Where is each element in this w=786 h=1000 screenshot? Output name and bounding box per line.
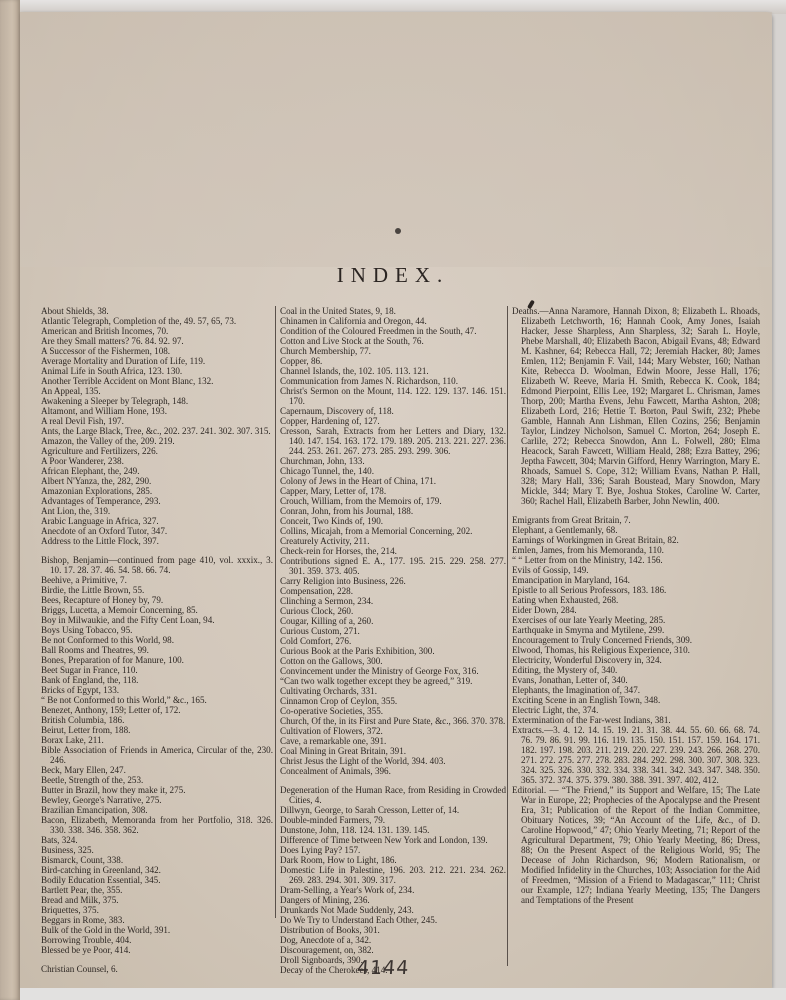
index-entry: Briggs, Lucetta, a Memoir Concerning, 85… — [41, 605, 273, 615]
index-entry: Elephant, a Gentlemanly, 68. — [512, 525, 760, 535]
index-entry: Ant Lion, the, 319. — [41, 506, 273, 516]
index-entry: Dark Room, How to Light, 186. — [280, 855, 506, 865]
index-entry: Altamont, and William Hone, 193. — [41, 406, 273, 416]
index-entry: Dillwyn, George, to Sarah Cresson, Lette… — [280, 805, 506, 815]
index-entry: Discouragement, on, 382. — [280, 945, 506, 955]
index-entry: Another Terrible Accident on Mont Blanc,… — [41, 376, 273, 386]
index-entry: Borax Lake, 211. — [41, 735, 273, 745]
index-entry: Curious Custom, 271. — [280, 626, 506, 636]
index-entry: Agriculture and Fertilizers, 226. — [41, 446, 273, 456]
index-entry: Colony of Jews in the Heart of China, 17… — [280, 476, 506, 486]
index-column-1: About Shields, 38.Atlantic Telegraph, Co… — [41, 306, 273, 974]
index-entry: Elwood, Thomas, his Religious Experience… — [512, 645, 760, 655]
index-entry: Christ Jesus the Light of the World, 394… — [280, 756, 506, 766]
index-entry: Copper, Hardening of, 127. — [280, 416, 506, 426]
index-entry: Blessed be ye Poor, 414. — [41, 945, 273, 955]
index-entry: An Appeal, 135. — [41, 386, 273, 396]
index-entry: Business, 325. — [41, 845, 273, 855]
index-entry: Albert N'Yanza, the, 282, 290. — [41, 476, 273, 486]
index-entry: Bread and Milk, 375. — [41, 895, 273, 905]
index-column-2: Coal in the United States, 9, 18.Chiname… — [275, 306, 506, 918]
index-entry: Convincement under the Ministry of Georg… — [280, 666, 506, 676]
index-entry: Average Mortality and Duration of Life, … — [41, 356, 273, 366]
index-entry: “ “ Letter from on the Ministry, 142. 15… — [512, 555, 760, 565]
index-entry: Dog, Anecdote of a, 342. — [280, 935, 506, 945]
index-entry: Ball Rooms and Theatres, 99. — [41, 645, 273, 655]
index-entry: Coal in the United States, 9, 18. — [280, 306, 506, 316]
index-entry: Cresson, Sarah, Extracts from her Letter… — [280, 426, 506, 456]
index-entry: Exciting Scene in an English Town, 348. — [512, 695, 760, 705]
ink-dot-mark — [395, 228, 401, 234]
index-entry: Ants, the Large Black, Tree, &c., 202. 2… — [41, 426, 273, 436]
index-entry: Bismarck, Count, 338. — [41, 855, 273, 865]
index-entry: Christ's Sermon on the Mount, 114. 122. … — [280, 386, 506, 406]
index-entry: Beet Sugar in France, 110. — [41, 665, 273, 675]
index-entry: Borrowing Trouble, 404. — [41, 935, 273, 945]
index-entry: Dram-Selling, a Year's Work of, 234. — [280, 885, 506, 895]
index-entry: Difference of Time between New York and … — [280, 835, 506, 845]
index-entry: Capper, Mary, Letter of, 178. — [280, 486, 506, 496]
index-entry: Bartlett Pear, the, 355. — [41, 885, 273, 895]
index-entry: Curious Book at the Paris Exhibition, 30… — [280, 646, 506, 656]
index-entry: Beirut, Letter from, 188. — [41, 725, 273, 735]
index-entry: Curious Clock, 260. — [280, 606, 506, 616]
index-entry: Exercises of our late Yearly Meeting, 28… — [512, 615, 760, 625]
index-entry: Arabic Language in Africa, 327. — [41, 516, 273, 526]
index-entry: Amazonian Explorations, 285. — [41, 486, 273, 496]
index-entry: Extermination of the Far-west Indians, 3… — [512, 715, 760, 725]
index-entry: Bodily Education Essential, 345. — [41, 875, 273, 885]
index-entry: Channel Islands, the, 102. 105. 113. 121… — [280, 366, 506, 376]
index-entry: African Elephant, the, 249. — [41, 466, 273, 476]
index-entry: Emancipation in Maryland, 164. — [512, 575, 760, 585]
index-entry: Bones, Preparation of for Manure, 100. — [41, 655, 273, 665]
index-entry: Cultivation of Flowers, 372. — [280, 726, 506, 736]
index-entry: Chicago Tunnel, the, 140. — [280, 466, 506, 476]
index-entry: Cinnamon Crop of Ceylon, 355. — [280, 696, 506, 706]
index-column-3: Deaths.—Anna Naramore, Hannah Dixon, 8; … — [507, 306, 760, 966]
book-spine-edge — [0, 0, 20, 1000]
index-entry: Clinching a Sermon, 234. — [280, 596, 506, 606]
index-entry: Bats, 324. — [41, 835, 273, 845]
index-entry: About Shields, 38. — [41, 306, 273, 316]
index-entry: Encouragement to Truly Concerned Friends… — [512, 635, 760, 645]
page-title: INDEX. — [0, 263, 786, 288]
index-entry: Creaturely Activity, 211. — [280, 536, 506, 546]
index-entry: Beck, Mary Ellen, 247. — [41, 765, 273, 775]
scan-background-bottom — [20, 988, 786, 1000]
index-entry: Cotton and Live Stock at the South, 76. — [280, 336, 506, 346]
index-entry: Address to the Little Flock, 397. — [41, 536, 273, 546]
index-entry: American and British Incomes, 70. — [41, 326, 273, 336]
index-entry: Bulk of the Gold in the World, 391. — [41, 925, 273, 935]
index-entry: Cougar, Killing of a, 260. — [280, 616, 506, 626]
index-entry: Earnings of Workingmen in Great Britain,… — [512, 535, 760, 545]
index-entry: Cave, a remarkable one, 391. — [280, 736, 506, 746]
index-entry: A real Devil Fish, 197. — [41, 416, 273, 426]
index-entry: Conran, John, from his Journal, 188. — [280, 506, 506, 516]
index-entry: Awakening a Sleeper by Telegraph, 148. — [41, 396, 273, 406]
index-entry: Churchman, John, 133. — [280, 456, 506, 466]
index-entry: Check-rein for Horses, the, 214. — [280, 546, 506, 556]
index-entry: Are they Small matters? 76. 84. 92. 97. — [41, 336, 273, 346]
index-entry: Evils of Gossip, 149. — [512, 565, 760, 575]
index-entry: Evans, Jonathan, Letter of, 340. — [512, 675, 760, 685]
index-entry: Chinamen in California and Oregon, 44. — [280, 316, 506, 326]
index-entry: Crouch, William, from the Memoirs of, 17… — [280, 496, 506, 506]
index-entry: Bacon, Elizabeth, Memoranda from her Por… — [41, 815, 273, 835]
index-entry: Copper, 86. — [280, 356, 506, 366]
index-entry: Emigrants from Great Britain, 7. — [512, 515, 760, 525]
index-entry: “ Be not Conformed to this World,” &c., … — [41, 695, 273, 705]
index-entry: Distribution of Books, 301. — [280, 925, 506, 935]
index-entry: Birdie, the Little Brown, 55. — [41, 585, 273, 595]
index-entry: Condition of the Coloured Freedmen in th… — [280, 326, 506, 336]
index-entry: Deaths.—Anna Naramore, Hannah Dixon, 8; … — [512, 306, 760, 506]
index-entry: Cotton on the Gallows, 300. — [280, 656, 506, 666]
index-entry: Eating when Exhausted, 268. — [512, 595, 760, 605]
index-entry: Church, Of the, in its First and Pure St… — [280, 716, 506, 726]
index-entry: Communication from James N. Richardson, … — [280, 376, 506, 386]
index-entry: Cultivating Orchards, 331. — [280, 686, 506, 696]
index-entry: Bible Association of Friends in America,… — [41, 745, 273, 765]
index-entry: Church Membership, 77. — [280, 346, 506, 356]
index-entry: Bank of England, the, 118. — [41, 675, 273, 685]
index-entry: A Successor of the Fishermen, 108. — [41, 346, 273, 356]
index-entry: Compensation, 228. — [280, 586, 506, 596]
index-entry: Brazilian Emancipation, 308. — [41, 805, 273, 815]
index-entry: Epistle to all Serious Professors, 183. … — [512, 585, 760, 595]
index-entry: Bird-catching in Greenland, 342. — [41, 865, 273, 875]
index-entry: Dangers of Mining, 236. — [280, 895, 506, 905]
index-entry: Capernaum, Discovery of, 118. — [280, 406, 506, 416]
index-entry: Electricity, Wonderful Discovery in, 324… — [512, 655, 760, 665]
index-entry: Elephants, the Imagination of, 347. — [512, 685, 760, 695]
index-entry: Anecdote of an Oxford Tutor, 347. — [41, 526, 273, 536]
index-entry: Beehive, a Primitive, 7. — [41, 575, 273, 585]
index-entry: Cold Comfort, 276. — [280, 636, 506, 646]
index-entry: Emlen, James, from his Memoranda, 110. — [512, 545, 760, 555]
index-entry: Degeneration of the Human Race, from Res… — [280, 785, 506, 805]
index-entry: Extracts.—3. 4. 12. 14. 15. 19. 21. 31. … — [512, 725, 760, 785]
index-entry: Atlantic Telegraph, Completion of the, 4… — [41, 316, 273, 326]
index-entry: Bewley, George's Narrative, 275. — [41, 795, 273, 805]
index-entry: Bricks of Egypt, 133. — [41, 685, 273, 695]
index-entry: Be not Conformed to this World, 98. — [41, 635, 273, 645]
index-entry: Carry Religion into Business, 226. — [280, 576, 506, 586]
index-entry: Coal Mining in Great Britain, 391. — [280, 746, 506, 756]
index-entry: Beggars in Rome, 383. — [41, 915, 273, 925]
index-entry: Eider Down, 284. — [512, 605, 760, 615]
index-entry: Do We Try to Understand Each Other, 245. — [280, 915, 506, 925]
index-entry: Drunkards Not Made Suddenly, 243. — [280, 905, 506, 915]
index-entry: Dunstone, John, 118. 124. 131. 139. 145. — [280, 825, 506, 835]
index-entry: Electric Light, the, 374. — [512, 705, 760, 715]
index-entry: Domestic Life in Palestine, 196. 203. 21… — [280, 865, 506, 885]
index-entry: Earthquake in Smyrna and Mytilene, 299. — [512, 625, 760, 635]
index-entry: Editing, the Mystery of, 340. — [512, 665, 760, 675]
index-entry: British Columbia, 186. — [41, 715, 273, 725]
index-entry: Amazon, the Valley of the, 209. 219. — [41, 436, 273, 446]
index-entry: Conceit, Two Kinds of, 190. — [280, 516, 506, 526]
handwritten-note: 4144 — [356, 957, 410, 979]
index-entry: Boy in Milwaukie, and the Fifty Cent Loa… — [41, 615, 273, 625]
index-entry: “Can two walk together except they be ag… — [280, 676, 506, 686]
index-entry: A Poor Wanderer, 238. — [41, 456, 273, 466]
index-entry: Bishop, Benjamin—continued from page 410… — [41, 555, 273, 575]
index-entry: Contributions signed E. A., 177. 195. 21… — [280, 556, 506, 576]
index-entry: Advantages of Temperance, 293. — [41, 496, 273, 506]
index-entry: Bees, Recapture of Honey by, 79. — [41, 595, 273, 605]
index-entry: Does Lying Pay? 157. — [280, 845, 506, 855]
index-entry: Animal Life in South Africa, 123. 130. — [41, 366, 273, 376]
index-entry: Collins, Micajah, from a Memorial Concer… — [280, 526, 506, 536]
index-entry: Double-minded Farmers, 79. — [280, 815, 506, 825]
index-entry: Briquettes, 375. — [41, 905, 273, 915]
index-entry: Co-operative Societies, 355. — [280, 706, 506, 716]
index-entry: Editorial. — “The Friend,” its Support a… — [512, 785, 760, 905]
index-entry: Butter in Brazil, how they make it, 275. — [41, 785, 273, 795]
index-entry: Beetle, Strength of the, 253. — [41, 775, 273, 785]
index-entry: Concealment of Animals, 396. — [280, 766, 506, 776]
index-entry: Christian Counsel, 6. — [41, 964, 273, 974]
index-entry: Boys Using Tobacco, 95. — [41, 625, 273, 635]
index-entry: Benezet, Anthony, 159; Letter of, 172. — [41, 705, 273, 715]
